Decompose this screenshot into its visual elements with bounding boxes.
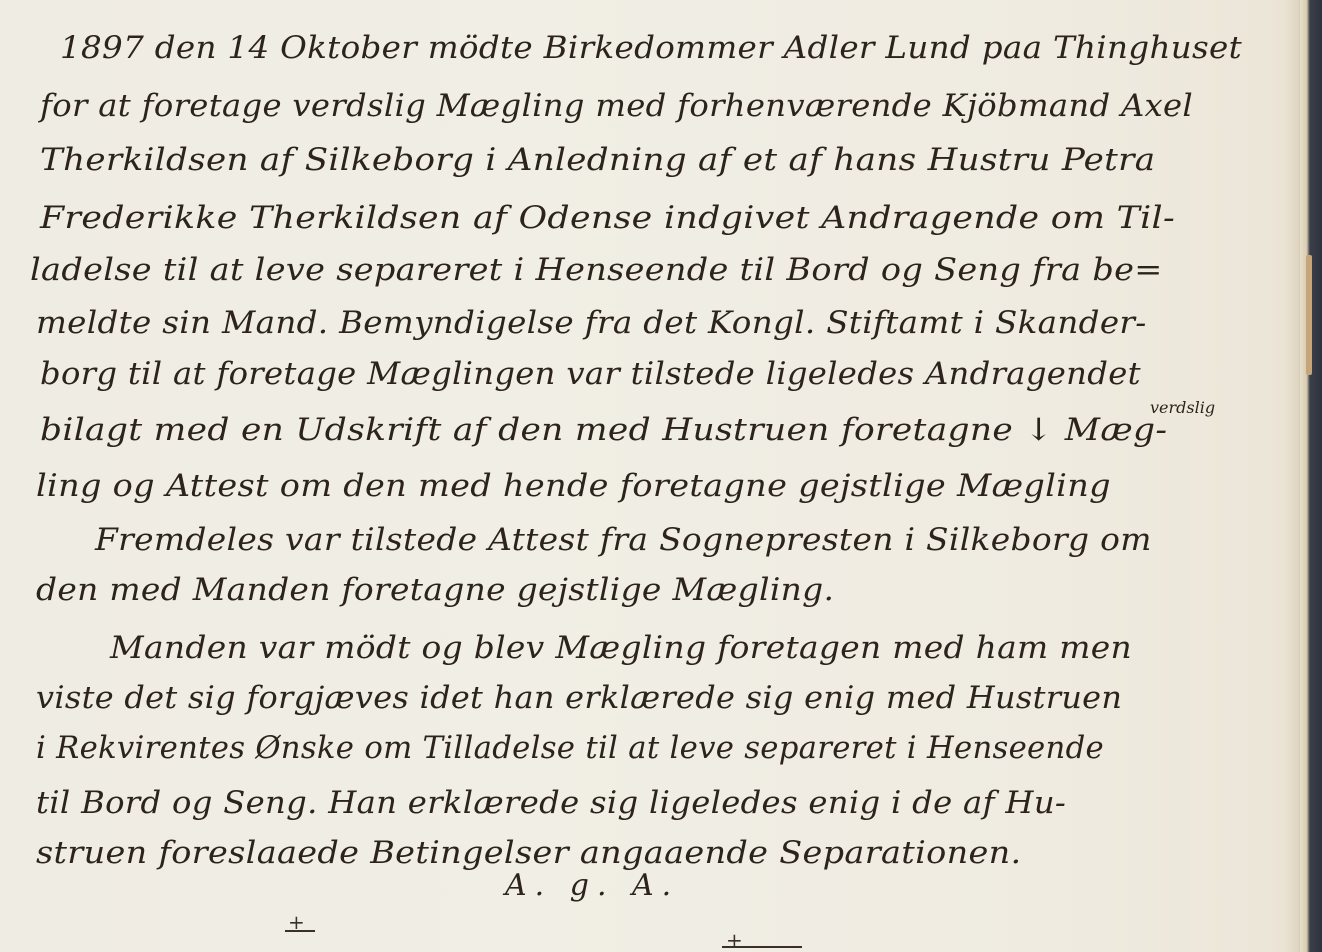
signature-initials: A. g. A. [505,868,679,903]
text-line-14: i Rekvirentes Ønske om Tilladelse til at… [36,730,1104,766]
binding-tape-strip [1306,255,1312,375]
text-line-1: 1897 den 14 Oktober mödte Birkedommer Ad… [60,30,1242,66]
text-line-8: bilagt med en Udskrift af den med Hustru… [40,412,1167,448]
text-line-5: ladelse til at leve separeret i Henseend… [30,252,1163,288]
text-line-3: Therkildsen af Silkeborg i Anledning af … [40,142,1155,178]
text-line-12: Manden var mödt og blev Mægling foretage… [110,630,1132,666]
text-line-4: Frederikke Therkildsen af Odense indgive… [40,200,1175,236]
margin-mark-line-2 [722,946,802,948]
text-line-15: til Bord og Seng. Han erklærede sig lige… [36,785,1066,821]
text-line-13: viste det sig forgjæves idet han erklære… [36,680,1122,716]
manuscript-page: 1897 den 14 Oktober mödte Birkedommer Ad… [0,0,1322,952]
page-gutter-shadow [1285,0,1300,952]
book-binding-edge [1300,0,1322,952]
margin-mark-line-1 [285,930,315,932]
text-line-11: den med Manden foretagne gejstlige Mægli… [36,572,834,608]
text-line-7: borg til at foretage Mæglingen var tilst… [40,356,1141,392]
margin-mark-cross-2: + [726,928,743,952]
text-line-10: Fremdeles var tilstede Attest fra Sognep… [95,522,1152,558]
text-line-16: struen foreslaaede Betingelser angaaende… [36,835,1021,871]
text-line-6: meldte sin Mand. Bemyndigelse fra det Ko… [36,305,1147,341]
text-line-9: ling og Attest om den med hende foretagn… [36,468,1111,504]
text-line-2: for at foretage verdslig Mægling med for… [40,88,1193,124]
